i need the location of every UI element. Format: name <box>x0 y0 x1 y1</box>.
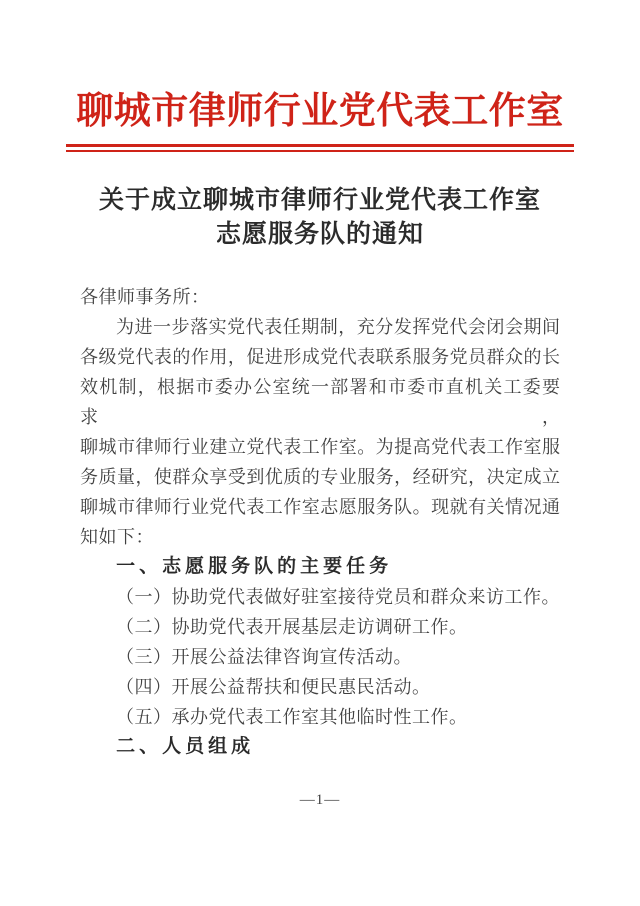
red-double-divider <box>66 144 574 152</box>
document-page: 聊城市律师行业党代表工作室 关于成立聊城市律师行业党代表工作室 志愿服务队的通知… <box>0 0 640 906</box>
notice-title-line-2: 志愿服务队的通知 <box>0 218 640 252</box>
section-heading-tasks: 一、志愿服务队的主要任务 <box>80 552 560 582</box>
section-heading-members: 二、人员组成 <box>80 732 560 762</box>
paragraph-line: 知如下： <box>80 522 560 552</box>
paragraph-line: 务质量，使群众享受到优质的专业服务，经研究，决定成立 <box>80 462 560 492</box>
paragraph-line: 各级党代表的作用，促进形成党代表联系服务党员群众的长 <box>80 342 560 372</box>
page-number: —1— <box>0 792 640 809</box>
letterhead-title: 聊城市律师行业党代表工作室 <box>0 84 640 140</box>
notice-title: 关于成立聊城市律师行业党代表工作室 志愿服务队的通知 <box>0 184 640 252</box>
salutation: 各律师事务所： <box>80 282 560 312</box>
task-item: （三）开展公益法律咨询宣传活动。 <box>80 642 560 672</box>
notice-title-line-1: 关于成立聊城市律师行业党代表工作室 <box>0 184 640 218</box>
task-list: （一）协助党代表做好驻室接待党员和群众来访工作。 （二）协助党代表开展基层走访调… <box>80 582 560 732</box>
paragraph-line: 为进一步落实党代表任期制，充分发挥党代会闭会期间 <box>80 312 560 342</box>
task-item: （五）承办党代表工作室其他临时性工作。 <box>80 702 560 732</box>
paragraph-line: 效机制，根据市委办公室统一部署和市委市直机关工委要求， <box>80 372 560 432</box>
paragraph-line: 聊城市律师行业党代表工作室志愿服务队。现就有关情况通 <box>80 492 560 522</box>
task-item: （四）开展公益帮扶和便民惠民活动。 <box>80 672 560 702</box>
notice-body: 各律师事务所： 为进一步落实党代表任期制，充分发挥党代会闭会期间 各级党代表的作… <box>80 282 560 762</box>
task-item: （二）协助党代表开展基层走访调研工作。 <box>80 612 560 642</box>
task-item: （一）协助党代表做好驻室接待党员和群众来访工作。 <box>80 582 560 612</box>
opening-paragraph: 为进一步落实党代表任期制，充分发挥党代会闭会期间 各级党代表的作用，促进形成党代… <box>80 312 560 552</box>
paragraph-line: 聊城市律师行业建立党代表工作室。为提高党代表工作室服 <box>80 432 560 462</box>
